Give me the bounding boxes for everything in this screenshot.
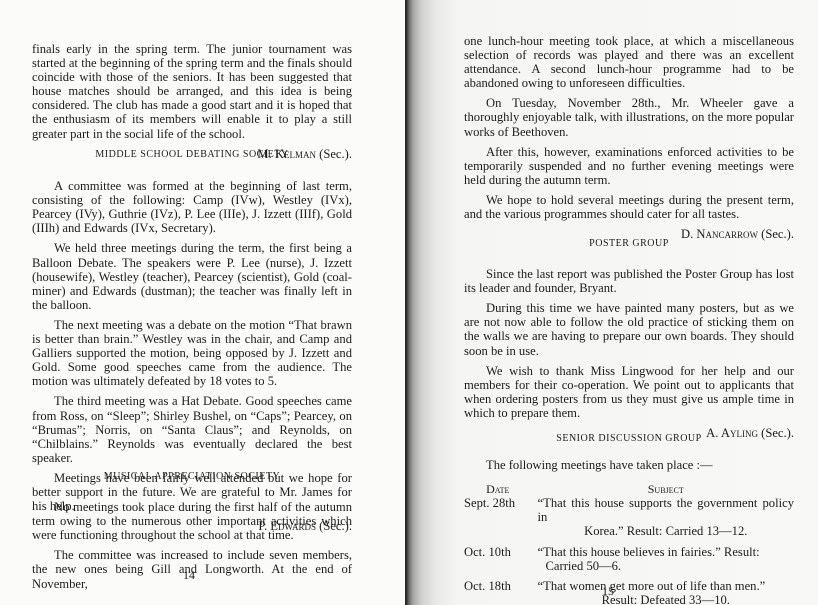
- kelman-report-continuation: finals early in the spring term. The jun…: [32, 42, 352, 165]
- musical-cont-paragraph-1: one lunch-hour meeting took place, at wh…: [464, 34, 794, 90]
- section-heading-poster: Poster Group: [464, 237, 794, 251]
- section-heading-discussion: Senior Discussion Group: [464, 432, 794, 446]
- debating-paragraph-3: The next meeting was a debate on the mot…: [32, 318, 352, 388]
- left-page: finals early in the spring term. The jun…: [0, 0, 407, 605]
- table-row: Sept. 28th “That this house supports the…: [464, 496, 794, 544]
- meetings-header-row: Date Subject: [464, 482, 794, 496]
- debating-paragraph-1: A committee was formed at the beginning …: [32, 179, 352, 235]
- musical-cont-paragraph-4: We hope to hold several meetings during …: [464, 193, 794, 221]
- meeting-motion: “That this house believes in fairies.” R…: [538, 545, 760, 559]
- musical-continuation-section: one lunch-hour meeting took place, at wh…: [464, 34, 794, 245]
- column-header-subject: Subject: [538, 482, 794, 496]
- meeting-date: Oct. 10th: [464, 545, 538, 579]
- meeting-result: Result: Defeated 33—10.: [538, 593, 794, 605]
- debating-paragraph-4: The third meeting was a Hat Debate. Good…: [32, 394, 352, 464]
- meetings-table: Date Subject Sept. 28th “That this house…: [464, 482, 794, 605]
- column-header-date: Date: [464, 482, 538, 496]
- poster-group-section: Poster Group Since the last report was p…: [464, 237, 794, 444]
- section-heading-debating: Middle School Debating Society: [32, 148, 352, 162]
- meeting-result: Korea.” Result: Carried 13—12.: [538, 524, 794, 538]
- continuation-paragraph: finals early in the spring term. The jun…: [32, 42, 352, 141]
- poster-paragraph-3: We wish to thank Miss Lingwood for her h…: [464, 364, 794, 420]
- meeting-subject: “That this house supports the government…: [538, 496, 794, 544]
- meeting-subject: “That women get more out of life than me…: [538, 579, 794, 605]
- meeting-result: Carried 50—6.: [538, 559, 794, 573]
- meeting-motion: “That women get more out of life than me…: [538, 579, 766, 593]
- meeting-date: Sept. 28th: [464, 496, 538, 544]
- poster-paragraph-1: Since the last report was published the …: [464, 267, 794, 295]
- poster-paragraph-2: During this time we have painted many po…: [464, 301, 794, 357]
- debating-paragraph-2: We held three meetings during the term, …: [32, 241, 352, 311]
- musical-paragraph-1: No meetings took place during the first …: [32, 500, 352, 542]
- meeting-motion: “That this house supports the government…: [538, 496, 794, 524]
- discussion-intro: The following meetings have taken place …: [464, 458, 794, 472]
- meeting-subject: “That this house believes in fairies.” R…: [538, 545, 794, 579]
- book-spread: finals early in the spring term. The jun…: [0, 0, 818, 605]
- table-row: Oct. 10th “That this house believes in f…: [464, 545, 794, 579]
- discussion-group-section: Senior Discussion Group The following me…: [464, 432, 794, 605]
- musical-cont-paragraph-3: After this, however, examinations enforc…: [464, 145, 794, 187]
- page-number-left: 14: [183, 568, 195, 583]
- table-row: Oct. 18th “That women get more out of li…: [464, 579, 794, 605]
- page-number-right: 15: [602, 584, 614, 599]
- section-heading-musical: Musical Appreciation Society: [32, 470, 352, 484]
- meeting-date: Oct. 18th: [464, 579, 538, 605]
- musical-cont-paragraph-2: On Tuesday, November 28th., Mr. Wheeler …: [464, 96, 794, 138]
